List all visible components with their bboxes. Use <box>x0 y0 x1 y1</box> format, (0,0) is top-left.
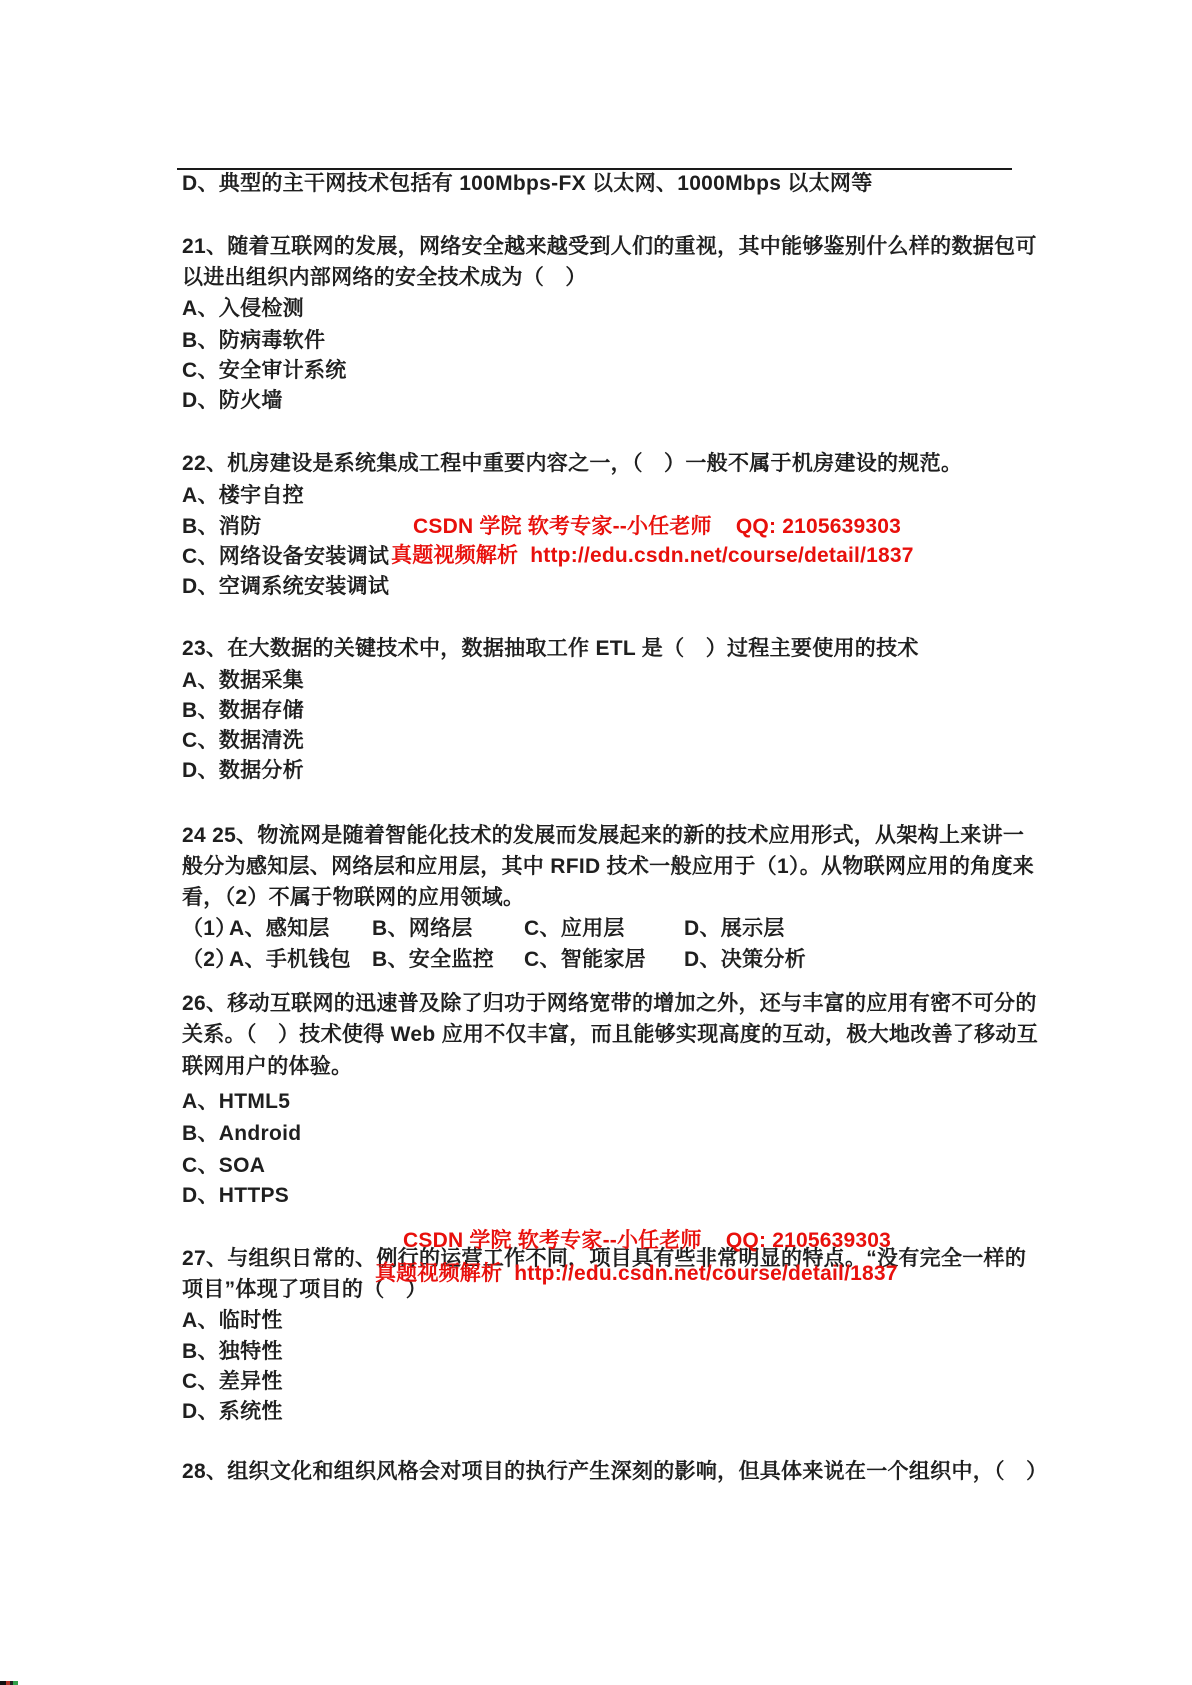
sub2-label: （2） <box>182 948 229 971</box>
question-22-line-1: 22、机房建设是系统集成工程中重要内容之一，（ ）一般不属于机房建设的规范。 <box>182 452 962 475</box>
sub1-option-b: B、网络层 <box>372 917 524 940</box>
question-22-option-d: D、空调系统安装调试 <box>182 575 389 598</box>
question-24-25-line-3: 看，（2）不属于物联网的应用领域。 <box>182 886 524 909</box>
top-divider-line <box>177 168 1012 170</box>
question-26-line-1: 26、移动互联网的迅速普及除了归功于网络宽带的增加之外，还与丰富的应用有密不可分… <box>182 992 1037 1015</box>
prev-question-option-d: D、典型的主干网技术包括有 100Mbps-FX 以太网、1000Mbps 以太… <box>182 172 873 195</box>
question-27-option-b: B、独特性 <box>182 1340 283 1363</box>
question-26-line-2: 关系。（ ）技术使得 Web 应用不仅丰富，而且能够实现高度的互动，极大地改善了… <box>182 1023 1038 1046</box>
question-24-25-sub1-options-row: （1） A、感知层 B、网络层 C、应用层 D、展示层 <box>182 917 785 940</box>
sub2-option-c: C、智能家居 <box>524 948 684 971</box>
sub2-option-a: A、手机钱包 <box>229 948 372 971</box>
question-26-line-3: 联网用户的体验。 <box>182 1055 352 1078</box>
question-22-option-c: C、网络设备安装调试 <box>182 545 389 568</box>
sub1-option-c: C、应用层 <box>524 917 684 940</box>
question-22-option-b: B、消防 <box>182 515 261 538</box>
question-22-option-a: A、楼宇自控 <box>182 484 304 507</box>
sub1-option-d: D、展示层 <box>684 917 785 940</box>
sub1-label: （1） <box>182 917 229 940</box>
question-23-option-d: D、数据分析 <box>182 759 304 782</box>
question-21-line-2: 以进出组织内部网络的安全技术成为（ ） <box>182 266 587 289</box>
sub2-option-d: D、决策分析 <box>684 948 806 971</box>
csdn-watermark-2-line-1: CSDN 学院 软考专家--小任老师 QQ: 2105639303 <box>403 1230 891 1252</box>
corner-pixel-artifact <box>0 1681 18 1685</box>
csdn-watermark-1-line-2: 真题视频解析 http://edu.csdn.net/course/detail… <box>391 545 914 567</box>
question-23-option-b: B、数据存储 <box>182 699 304 722</box>
sub2-option-b: B、安全监控 <box>372 948 524 971</box>
question-21-option-a: A、入侵检测 <box>182 297 304 320</box>
question-26-option-a: A、HTML5 <box>182 1090 290 1113</box>
exam-document-page: D、典型的主干网技术包括有 100Mbps-FX 以太网、1000Mbps 以太… <box>0 0 1192 1685</box>
csdn-watermark-2-line-2: 真题视频解析 http://edu.csdn.net/course/detail… <box>375 1263 898 1285</box>
question-27-option-d: D、系统性 <box>182 1400 283 1423</box>
question-26-option-b: B、Android <box>182 1122 301 1145</box>
question-24-25-line-1: 24 25、物流网是随着智能化技术的发展而发展起来的新的技术应用形式，从架构上来… <box>182 824 1024 847</box>
sub1-option-a: A、感知层 <box>229 917 372 940</box>
question-26-option-d: D、HTTPS <box>182 1184 289 1207</box>
question-28-line-1: 28、组织文化和组织风格会对项目的执行产生深刻的影响，但具体来说在一个组织中，（… <box>182 1460 1047 1483</box>
csdn-watermark-1-line-1: CSDN 学院 软考专家--小任老师 QQ: 2105639303 <box>413 516 901 538</box>
question-23-option-c: C、数据清洗 <box>182 729 304 752</box>
question-21-line-1: 21、随着互联网的发展，网络安全越来越受到人们的重视，其中能够鉴别什么样的数据包… <box>182 235 1037 258</box>
question-27-option-a: A、临时性 <box>182 1309 283 1332</box>
question-21-option-b: B、防病毒软件 <box>182 329 325 352</box>
question-24-25-line-2: 般分为感知层、网络层和应用层，其中 RFID 技术一般应用于（1）。从物联网应用… <box>182 855 1034 878</box>
artifact-segment-green <box>13 1681 18 1685</box>
question-26-option-c: C、SOA <box>182 1154 265 1177</box>
question-23-line-1: 23、在大数据的关键技术中，数据抽取工作 ETL 是（ ）过程主要使用的技术 <box>182 637 919 660</box>
question-27-option-c: C、差异性 <box>182 1370 283 1393</box>
question-21-option-d: D、防火墙 <box>182 389 283 412</box>
question-23-option-a: A、数据采集 <box>182 669 304 692</box>
question-24-25-sub2-options-row: （2） A、手机钱包 B、安全监控 C、智能家居 D、决策分析 <box>182 948 806 971</box>
question-21-option-c: C、安全审计系统 <box>182 359 347 382</box>
